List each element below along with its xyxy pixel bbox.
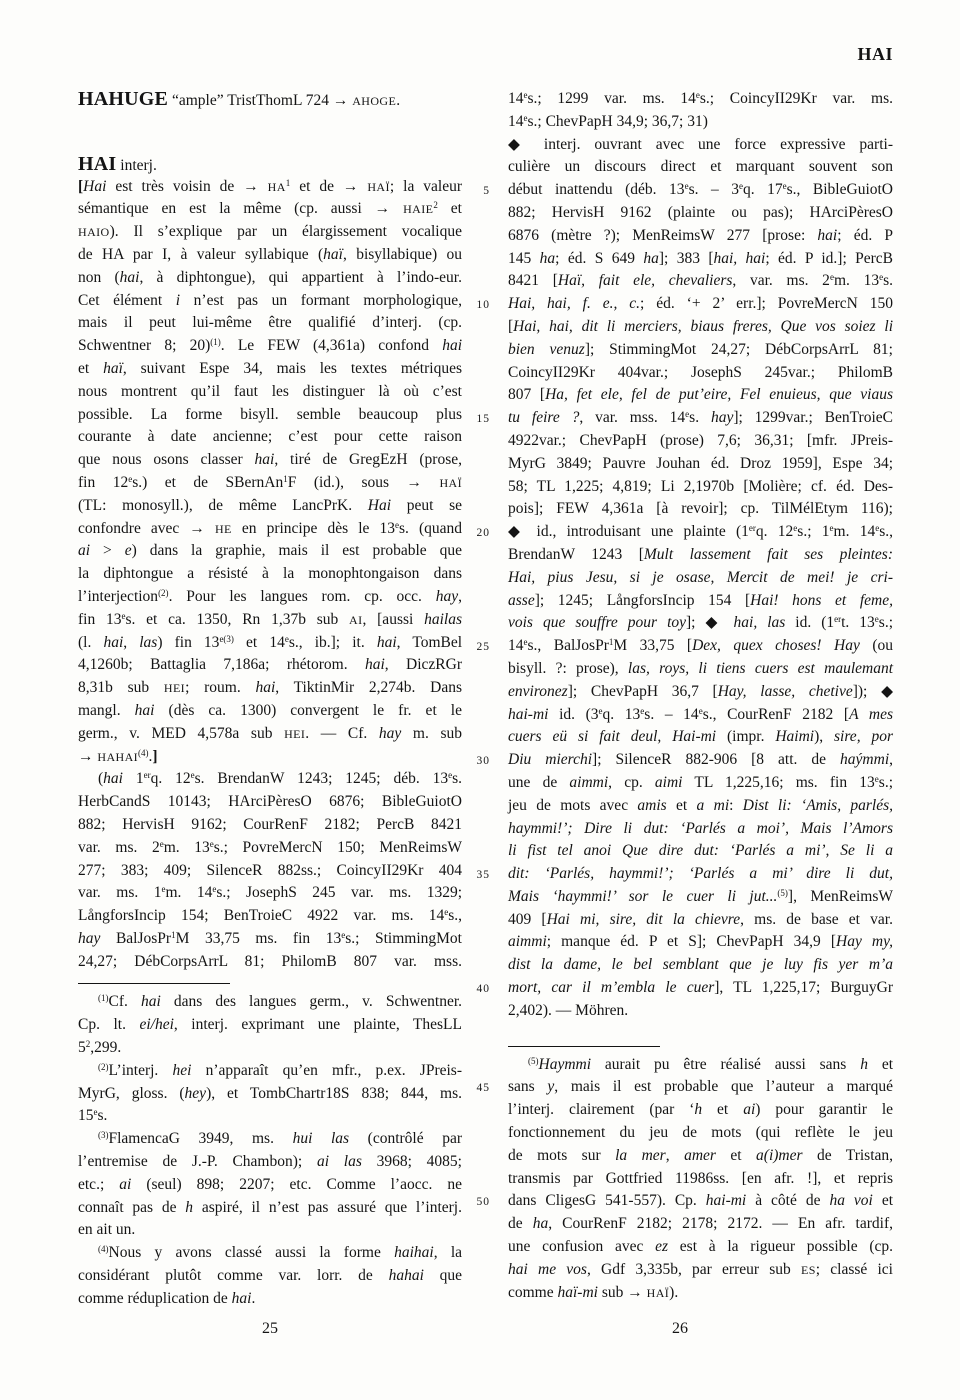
text-line: 24,27; DébCorpsArrL 81; PhilomB 807 var.… bbox=[78, 951, 462, 974]
text-line: fin 13es. et ca. 1350, Rn 1,37b sub AI, … bbox=[78, 609, 462, 632]
text-line: (3)FlamencaG 3949, ms. hui las (contrôlé… bbox=[78, 1128, 462, 1151]
margin-line-number: 35 bbox=[452, 864, 490, 887]
text-line: ai > e) dans la graphie, mais il est pro… bbox=[78, 540, 462, 563]
text-line: ◆ id., introduisant une plainte (1erq. 1… bbox=[508, 521, 893, 544]
text-line: Diu mierchi]; SilenceR 882-906 [8 att. d… bbox=[508, 749, 893, 772]
text-line: 58; TL 1,225; 4,819; Li 2,1970b [Molière… bbox=[508, 476, 893, 499]
text-line: 4922var.; ChevPapH (prose) 7,6; 36,31; [… bbox=[508, 430, 893, 453]
left-footnotes: (1)Cf. hai dans des langues germ., v. Sc… bbox=[78, 991, 462, 1310]
text-line: MyrG, gloss. (hey), et TombChartr18S 838… bbox=[78, 1083, 462, 1106]
text-line: la diphtongue a résisté à la monophtonga… bbox=[78, 563, 462, 586]
text-line: (4)Nous y avons classé aussi la forme ha… bbox=[78, 1242, 462, 1265]
text-line: courante à date ancienne; c’est pour cet… bbox=[78, 426, 462, 449]
text-line: haymmi!’; Dire li dut: ‘Parlés a moi’, M… bbox=[508, 818, 893, 841]
text-line: var. ms. 2em. 13es.; PovreMercN 150; Men… bbox=[78, 837, 462, 860]
margin-line-number: 25 bbox=[452, 636, 490, 659]
page-number-left: 25 bbox=[220, 1320, 320, 1338]
text-line: MyrG 3849; Pauvre Jouhan éd. Droz 1959],… bbox=[508, 453, 893, 476]
text-line: HAI interj. bbox=[78, 153, 462, 176]
margin-line-number: 10 bbox=[452, 294, 490, 317]
text-line: que nous osons classer hai, tiré de Greg… bbox=[78, 449, 462, 472]
text-line: (1)Cf. hai dans des langues germ., v. Sc… bbox=[78, 991, 462, 1014]
text-line: hai-mi id. (3eq. 13es. – 14es., CourRenF… bbox=[508, 704, 893, 727]
text-line: de ha, CourRenF 2182; 2178; 2172. — En a… bbox=[508, 1213, 893, 1236]
text-line: mangl. hai (dès ca. 1300) convergent le … bbox=[78, 700, 462, 723]
margin-line-number: 40 bbox=[452, 978, 490, 1001]
page-number-right: 26 bbox=[630, 1320, 730, 1338]
text-line: sémantique en est la même (cp. aussi → H… bbox=[78, 198, 462, 221]
text-line: pois]; FEW 4,361a [à revoir]; cp. TilMél… bbox=[508, 498, 893, 521]
right-column: 14es.; 1299 var. ms. 14es.; CoincyII29Kr… bbox=[508, 88, 893, 1304]
text-line: Hai, hai, f. e., c.; éd. ‘+ 2’ err.]; Po… bbox=[508, 293, 893, 316]
text-line: hai me vos, Gdf 3,335b, par erreur sub E… bbox=[508, 1259, 893, 1282]
margin-line-number: 15 bbox=[452, 408, 490, 431]
text-line: l’interjection(2). Pour les langues rom.… bbox=[78, 586, 462, 609]
text-line: bisyll. ?: prose), las, roys, li tiens c… bbox=[508, 658, 893, 681]
text-line: CoincyII29Kr 404var.; JosephS 245var.; P… bbox=[508, 362, 893, 385]
text-line: comme haï-mi sub → HAÏ). bbox=[508, 1282, 893, 1305]
text-line: 52,299. bbox=[78, 1037, 462, 1060]
text-line: HAIO). Il s’explique par un élargissemen… bbox=[78, 221, 462, 244]
running-head: HAI bbox=[508, 44, 893, 65]
text-line: etc.; ai (seul) 898; 2207; etc. Comme l’… bbox=[78, 1174, 462, 1197]
text-line: tu feire ?, var. mss. 14es. hay]; 1299va… bbox=[508, 407, 893, 430]
text-line: 14es.; ChevPapH 34,9; 36,7; 31) bbox=[508, 111, 893, 134]
text-line: sans y, mais il est probable que l’auteu… bbox=[508, 1076, 893, 1099]
text-line: 807 [Ha, fet ele, fel de put’eire, Fel e… bbox=[508, 384, 893, 407]
text-line: germ., v. MED 4,578a sub HEI. — Cf. hay … bbox=[78, 723, 462, 746]
text-line: jeu de mots avec amis et a mi: Dist li: … bbox=[508, 795, 893, 818]
text-line: une confusion avec ez est à la rigueur p… bbox=[508, 1236, 893, 1259]
text-line: var. ms. 1em. 14es.; JosephS 245 var. ms… bbox=[78, 882, 462, 905]
margin-line-number: 30 bbox=[452, 750, 490, 773]
text-line: 145 ha; éd. S 649 ha]; 383 [hai, hai; éd… bbox=[508, 248, 893, 271]
text-line: 8421 [Haï, fait ele, chevaliers, var. ms… bbox=[508, 270, 893, 293]
text-line: culière un discours direct et marquant s… bbox=[508, 156, 893, 179]
text-line: début inattendu (déb. 13es. – 3eq. 17es.… bbox=[508, 179, 893, 202]
text-line: HerbCandS 10143; HArciPèresO 6876; Bible… bbox=[78, 791, 462, 814]
text-line: (l. hai, las) fin 13e(3) et 14es., ib.];… bbox=[78, 632, 462, 655]
margin-line-number: 50 bbox=[452, 1191, 490, 1214]
text-line: comme réduplication de hai. bbox=[78, 1288, 462, 1311]
text-line: dit: ‘Parlés, haymmi!’; ‘Parlés a mi’ di… bbox=[508, 863, 893, 886]
text-line: asse]; 1245; LångforsIncip 154 [Hai! hon… bbox=[508, 590, 893, 613]
text-line: → HAHAI(4).] bbox=[78, 746, 462, 769]
margin-line-number: 45 bbox=[452, 1077, 490, 1100]
footnote-separator bbox=[508, 1046, 660, 1047]
text-line: ◆ interj. ouvrant avec une force express… bbox=[508, 134, 893, 157]
text-line: vois que souffre pour toy]; ◆ hai, las i… bbox=[508, 612, 893, 635]
text-line: [Hai est très voisin de → HA1 et de → HA… bbox=[78, 176, 462, 199]
text-line: 4,1260b; Battaglia 7,186a; rhétorom. hai… bbox=[78, 654, 462, 677]
text-line: Schwentner 8; 20)(1). Le FEW (4,361a) co… bbox=[78, 335, 462, 358]
text-line: 409 [Hai mi, sire, dit la chievre, ms. d… bbox=[508, 909, 893, 932]
text-line: [Hai, hai, dit li merciers, biaus freres… bbox=[508, 316, 893, 339]
dictionary-page: HAI HAHUGE “ample” TristThomL 724 → AHOG… bbox=[0, 0, 960, 1400]
text-line: considérant plutôt comme var. lorr. de h… bbox=[78, 1265, 462, 1288]
text-line: 2,402). — Möhren. bbox=[508, 1000, 893, 1023]
margin-line-number: 20 bbox=[452, 522, 490, 545]
entry-hahuge: HAHUGE “ample” TristThomL 724 → AHOGE. bbox=[78, 88, 462, 111]
text-line: de mots sur la mer, amer et a(i)mer de T… bbox=[508, 1145, 893, 1168]
entry-hai-continued: 14es.; 1299 var. ms. 14es.; CoincyII29Kr… bbox=[508, 88, 893, 1023]
text-line: Mais ‘haymmi!’ sor le cuer li jut...(5)]… bbox=[508, 886, 893, 909]
text-line: 6876 (mètre ?); MenReimsW 277 [prose: ha… bbox=[508, 225, 893, 248]
text-line: fonctionnement du jeu de mots (qui reflè… bbox=[508, 1122, 893, 1145]
text-line: bien venuz]; StimmingMot 24,27; DébCorps… bbox=[508, 339, 893, 362]
footnote-separator bbox=[78, 983, 230, 984]
text-line: (2)L’interj. hei n’apparaît qu’en mfr., … bbox=[78, 1060, 462, 1083]
text-line: environez]; ChevPapH 36,7 [Hay, lasse, c… bbox=[508, 681, 893, 704]
text-line: 14es.; 1299 var. ms. 14es.; CoincyII29Kr… bbox=[508, 88, 893, 111]
text-line: BrendanW 1243 [Mult lassement fait ses p… bbox=[508, 544, 893, 567]
entry-hai: HAI interj.[Hai est très voisin de → HA1… bbox=[78, 153, 462, 974]
text-line: et haï, suivant Espe 34, mais les textes… bbox=[78, 358, 462, 381]
text-line: mais il peut lui-même être qualifié d’in… bbox=[78, 312, 462, 335]
text-line: nous montrent qu’il faut les distinguer … bbox=[78, 381, 462, 404]
text-line: 882; HervisH 9162; CourRenF 2182; PercB … bbox=[78, 814, 462, 837]
text-line: cuers eü si fait deul, Hai-mi (impr. Hai… bbox=[508, 726, 893, 749]
text-line: (5)Haymmi aurait pu être réalisé aussi s… bbox=[508, 1054, 893, 1077]
text-line: de HA par I, à valeur syllabique (haï, b… bbox=[78, 244, 462, 267]
text-line: mort, car il m’embla le cuer], TL 1,225,… bbox=[508, 977, 893, 1000]
text-line: dist la dame, le bel semblant que je luy… bbox=[508, 954, 893, 977]
text-line: 882; HervisH 9162 (plainte ou pas); HArc… bbox=[508, 202, 893, 225]
text-line: (TL: monosyll.), de même LancPrK. Hai pe… bbox=[78, 495, 462, 518]
text-line: 8,31b sub HEI; roum. hai, TiktinMir 2,27… bbox=[78, 677, 462, 700]
right-footnotes: (5)Haymmi aurait pu être réalisé aussi s… bbox=[508, 1054, 893, 1305]
text-line: Hai, pius Jesu, si je osase, Mercit de m… bbox=[508, 567, 893, 590]
text-line: possible. La forme bisyll. semble beauco… bbox=[78, 404, 462, 427]
text-line: l’interj. clairement (par ‘h et ai) pour… bbox=[508, 1099, 893, 1122]
text-line: transmis par Gottfried 11986ss. [en afr.… bbox=[508, 1168, 893, 1191]
text-line: aimmi; manque éd. P et S]; ChevPapH 34,9… bbox=[508, 931, 893, 954]
text-line: fin 12es.) et de SBernAn1F (id.), sous →… bbox=[78, 472, 462, 495]
text-line: en ait un. bbox=[78, 1219, 462, 1242]
text-line: LångforsIncip 154; BenTroieC 4922 var. m… bbox=[78, 905, 462, 928]
text-line: HAHUGE “ample” TristThomL 724 → AHOGE. bbox=[78, 88, 462, 111]
text-line: 15es. bbox=[78, 1105, 462, 1128]
text-line: (hai 1erq. 12es. BrendanW 1243; 1245; dé… bbox=[78, 768, 462, 791]
text-line: Cp. lt. ei/hei, interj. exprimant une pl… bbox=[78, 1014, 462, 1037]
text-line: 14es., BalJosPr1M 33,75 [Dex, quex chose… bbox=[508, 635, 893, 658]
text-line: li fist tel anoi Que dire dut: ‘Parlés a… bbox=[508, 840, 893, 863]
text-line: l’entremise de J.-P. Chambon); ai las 39… bbox=[78, 1151, 462, 1174]
text-line: dans CligesG 541-557). Cp. hai-mi à côté… bbox=[508, 1190, 893, 1213]
text-line: une de aimmi, cp. aimi TL 1,225,16; ms. … bbox=[508, 772, 893, 795]
text-line: non (hai, à diphtongue), qui appartient … bbox=[78, 267, 462, 290]
text-line: 277; 383; 409; SilenceR 882ss.; CoincyII… bbox=[78, 860, 462, 883]
text-line: hay BalJosPr1M 33,75 ms. fin 13es.; Stim… bbox=[78, 928, 462, 951]
left-column: HAHUGE “ample” TristThomL 724 → AHOGE. H… bbox=[78, 88, 462, 1311]
text-line: connaît pas de h aspiré, il n’est pas as… bbox=[78, 1197, 462, 1220]
margin-line-number: 5 bbox=[452, 180, 490, 203]
text-line: Cet élément i n’est pas un formant morph… bbox=[78, 290, 462, 313]
text-line: confondre avec → HE en principe dès le 1… bbox=[78, 518, 462, 541]
